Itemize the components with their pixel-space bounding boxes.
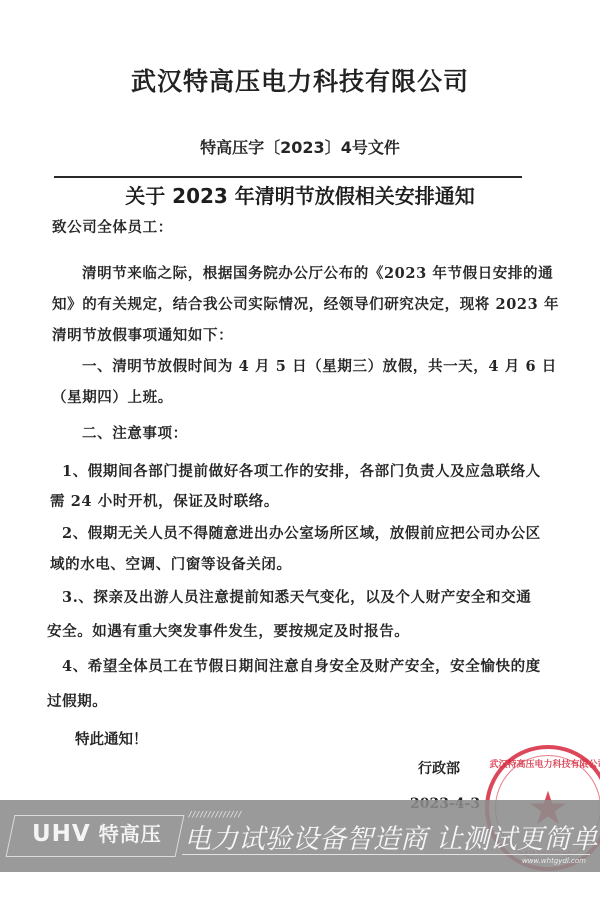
- section-heading: 二、注意事项：: [82, 422, 188, 443]
- body-line: 一、清明节放假时间为 4 月 5 日（星期三）放假，共一天，4 月 6 日: [82, 355, 557, 376]
- body-line: 需 24 小时开机，保证及时联络。: [50, 490, 279, 511]
- body-line: 域的水电、空调、门窗等设备关闭。: [50, 553, 292, 574]
- body-line: 1、假期间各部门提前做好各项工作的安排，各部门负责人及应急联络人: [62, 460, 541, 481]
- salutation: 致公司全体员工：: [52, 216, 173, 237]
- notice-title: 关于 2023 年清明节放假相关安排通知: [0, 180, 600, 209]
- website-url: www.whtgydl.com: [522, 857, 586, 865]
- body-line: 3.、探亲及出游人员注意提前知悉天气变化，以及个人财产安全和交通: [62, 586, 531, 607]
- brand-latin: UHV: [32, 821, 91, 847]
- slogan-underline: [182, 854, 590, 855]
- signature-department: 行政部: [418, 758, 460, 778]
- seal-text: 武汉特高压电力科技有限公司: [489, 757, 600, 770]
- body-line: （星期四）上班。: [52, 386, 173, 407]
- body-line: 2、假期无关人员不得随意进出办公室场所区域，放假前应把公司办公区: [62, 522, 541, 543]
- body-line: 清明节放假事项通知如下：: [52, 324, 233, 345]
- closing-text: 特此通知！: [75, 728, 148, 749]
- brand-logo: UHV特高压: [32, 818, 162, 847]
- document-number: 特高压字〔2023〕4号文件: [0, 135, 600, 158]
- company-name: 武汉特高压电力科技有限公司: [0, 62, 600, 98]
- body-line: 过假期。: [47, 690, 107, 711]
- brand-cn: 特高压: [99, 822, 162, 846]
- body-line: 清明节来临之际，根据国务院办公厅公布的《2023 年节假日安排的通: [82, 262, 553, 283]
- brand-banner: UHV特高压 ////////////// 电力试验设备智造商 让测试更简单 w…: [0, 800, 600, 872]
- body-line: 知》的有关规定，结合我公司实际情况，经领导们研究决定，现将 2023 年: [52, 293, 559, 314]
- body-line: 安全。如遇有重大突发事件发生，要按规定及时报告。: [47, 620, 409, 641]
- header-rule: [54, 176, 522, 178]
- body-line: 4、希望全体员工在节假日期间注意自身安全及财产安全，安全愉快的度: [62, 655, 541, 676]
- slogan: 电力试验设备智造商 让测试更简单: [184, 817, 598, 856]
